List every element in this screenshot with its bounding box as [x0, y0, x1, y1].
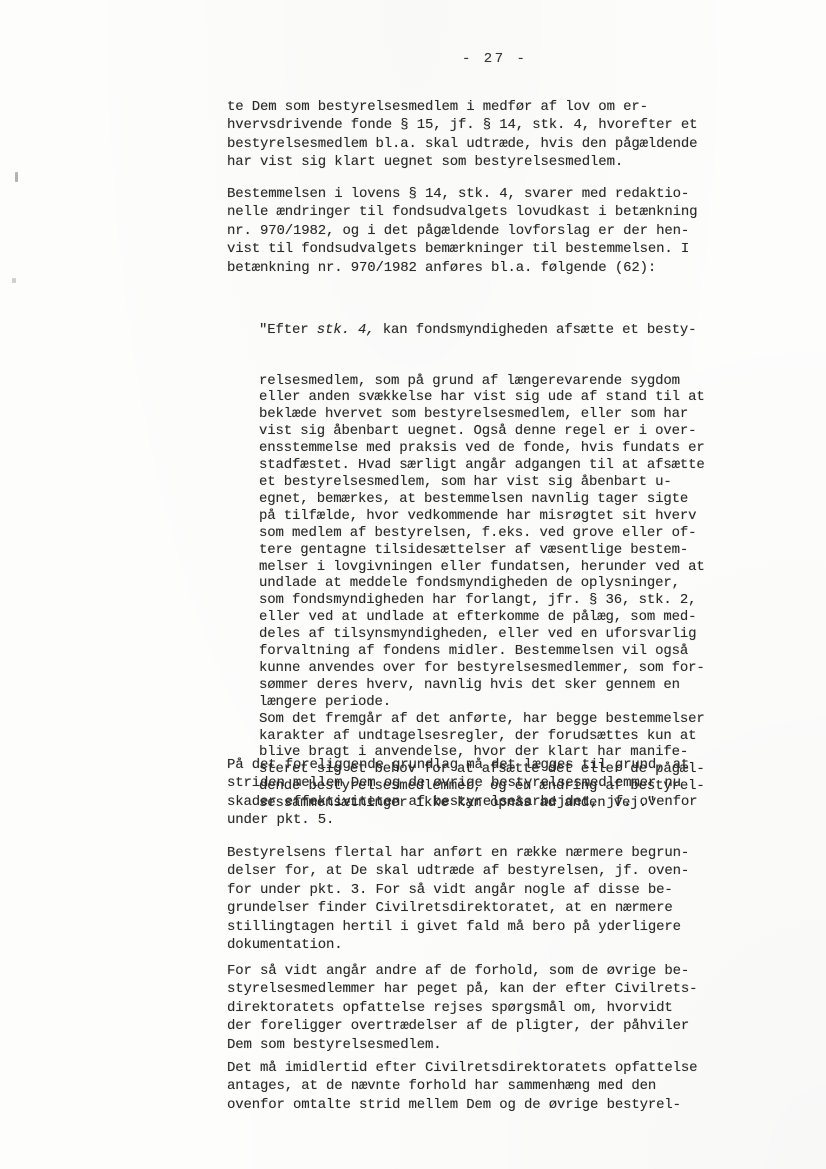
quote-open-prefix: "Efter	[259, 322, 317, 338]
quote-italic-stk4: stk. 4,	[317, 322, 375, 338]
paragraph-bestemmelsen-lovens-14: Bestemmelsen i lovens § 14, stk. 4, svar…	[227, 185, 697, 277]
page-number: - 27 -	[462, 50, 527, 68]
quote-first-line: "Efter stk. 4, kan fondsmyndigheden afsæ…	[259, 322, 705, 339]
paragraph-det-maa-imidlertid: Det må imidlertid efter Civilretsdirekto…	[227, 1059, 697, 1114]
paragraph-for-saa-vidt-angaar: For så vidt angår andre af de forhold, s…	[227, 962, 697, 1054]
scan-speck	[15, 172, 18, 182]
paragraph-intro-udtraede: te Dem som bestyrelsesmedlem i medfør af…	[227, 98, 697, 172]
quote-first-line-rest: kan fondsmyndigheden afsætte et besty-	[375, 322, 697, 338]
paragraph-paa-det-foreliggende: På det foreliggende grundlag må det lægg…	[227, 756, 697, 830]
scanned-document-page: - 27 - te Dem som bestyrelsesmedlem i me…	[0, 0, 826, 1169]
paragraph-bestyrelsens-flertal: Bestyrelsens flertal har anført en række…	[227, 844, 689, 954]
quote-body: relsesmedlem, som på grund af længerevar…	[259, 373, 705, 813]
scan-speck	[12, 278, 16, 283]
